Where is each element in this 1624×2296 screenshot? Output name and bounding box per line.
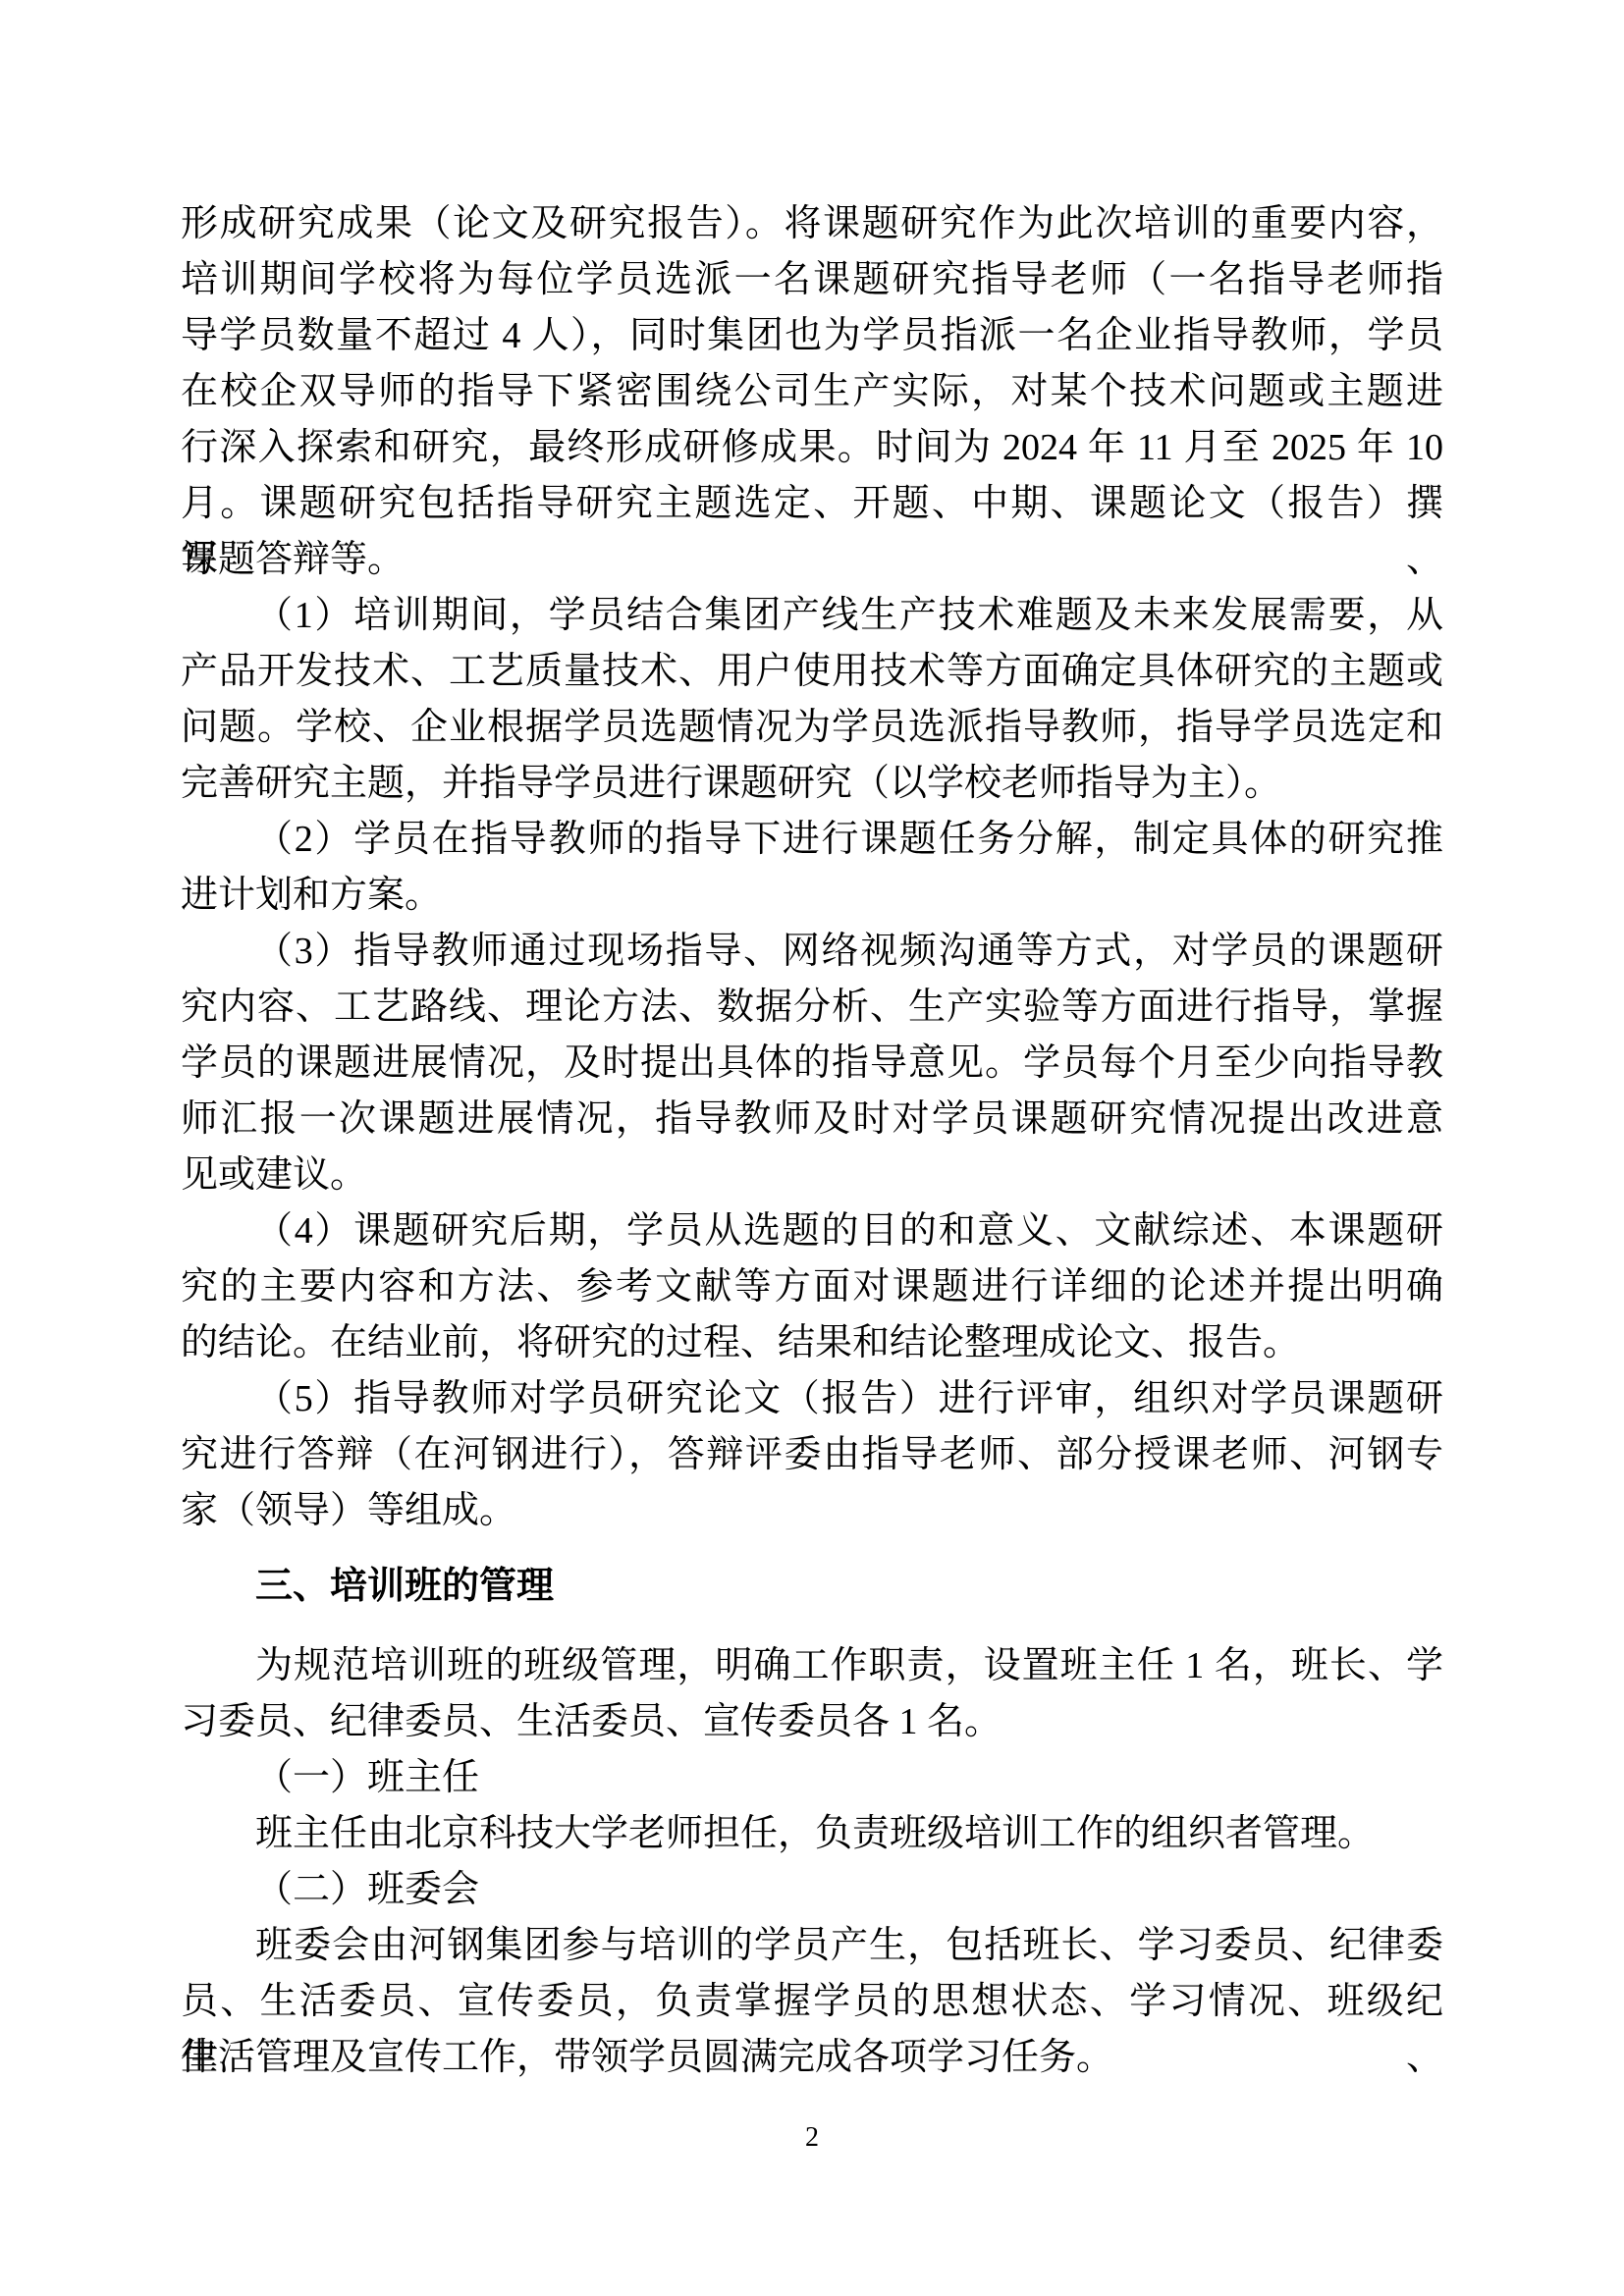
text-line: （2）学员在指导教师的指导下进行课题任务分解，制定具体的研究推 — [181, 812, 1443, 868]
text-line: 形成研究成果（论文及研究报告）。将课题研究作为此次培训的重要内容， — [181, 196, 1443, 252]
text-line: 进计划和方案。 — [181, 868, 1443, 924]
text-line: 产品开发技术、工艺质量技术、用户使用技术等方面确定具体研究的主题或 — [181, 644, 1443, 700]
text-line: 问题。学校、企业根据学员选题情况为学员选派指导教师，指导学员选定和 — [181, 700, 1443, 756]
text-line: 究进行答辩（在河钢进行），答辩评委由指导老师、部分授课老师、河钢专 — [181, 1427, 1443, 1483]
text-line: 家（领导）等组成。 — [181, 1483, 1443, 1539]
text-line: 师汇报一次课题进展情况，指导教师及时对学员课题研究情况提出改进意 — [181, 1092, 1443, 1148]
text-line: （1）培训期间，学员结合集团产线生产技术难题及未来发展需要，从 — [181, 588, 1443, 644]
text-line: （5）指导教师对学员研究论文（报告）进行评审，组织对学员课题研 — [181, 1371, 1443, 1427]
text-line: 见或建议。 — [181, 1148, 1443, 1203]
text-line: 班委会由河钢集团参与培训的学员产生，包括班长、学习委员、纪律委 — [181, 1918, 1443, 1974]
text-line: 学员的课题进展情况，及时提出具体的指导意见。学员每个月至少向指导教 — [181, 1036, 1443, 1092]
document-body: 形成研究成果（论文及研究报告）。将课题研究作为此次培训的重要内容，培训期间学校将… — [181, 196, 1443, 2086]
text-line: （二）班委会 — [181, 1862, 1443, 1918]
text-line: （4）课题研究后期，学员从选题的目的和意义、文献综述、本课题研 — [181, 1203, 1443, 1259]
text-line: 为规范培训班的班级管理，明确工作职责，设置班主任 1 名，班长、学 — [181, 1638, 1443, 1694]
text-line: 究内容、工艺路线、理论方法、数据分析、生产实验等方面进行指导，掌握 — [181, 980, 1443, 1036]
text-line: 完善研究主题，并指导学员进行课题研究（以学校老师指导为主）。 — [181, 756, 1443, 812]
text-line: 导学员数量不超过 4 人），同时集团也为学员指派一名企业指导教师，学员 — [181, 308, 1443, 364]
text-line: 在校企双导师的指导下紧密围绕公司生产实际，对某个技术问题或主题进 — [181, 364, 1443, 420]
text-line: 班主任由北京科技大学老师担任，负责班级培训工作的组织者管理。 — [181, 1806, 1443, 1862]
document-page: 形成研究成果（论文及研究报告）。将课题研究作为此次培训的重要内容，培训期间学校将… — [0, 0, 1624, 2296]
text-line: （3）指导教师通过现场指导、网络视频沟通等方式，对学员的课题研 — [181, 924, 1443, 980]
text-line: 月。课题研究包括指导研究主题选定、开题、中期、课题论文（报告）撰写、 — [181, 476, 1443, 532]
page-number: 2 — [0, 2118, 1624, 2158]
section-heading: 三、培训班的管理 — [181, 1559, 1443, 1615]
text-line: 的结论。在结业前，将研究的过程、结果和结论整理成论文、报告。 — [181, 1315, 1443, 1371]
text-line: （一）班主任 — [181, 1750, 1443, 1806]
text-line: 行深入探索和研究，最终形成研修成果。时间为 2024 年 11 月至 2025 … — [181, 420, 1443, 476]
text-line: 员、生活委员、宣传委员，负责掌握学员的思想状态、学习情况、班级纪律、 — [181, 1974, 1443, 2030]
text-line: 习委员、纪律委员、生活委员、宣传委员各 1 名。 — [181, 1694, 1443, 1750]
text-line: 培训期间学校将为每位学员选派一名课题研究指导老师（一名指导老师指 — [181, 252, 1443, 308]
text-line: 究的主要内容和方法、参考文献等方面对课题进行详细的论述并提出明确 — [181, 1259, 1443, 1315]
